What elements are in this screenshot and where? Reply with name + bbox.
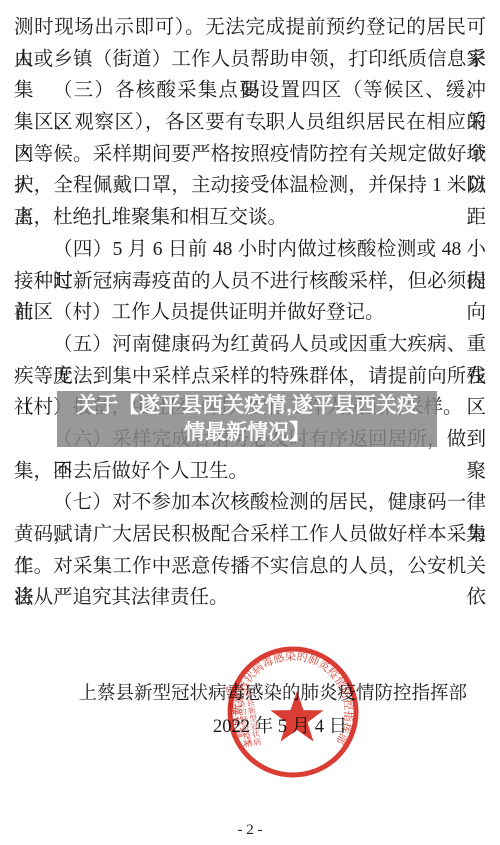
body-line: 疾等无法到集中采样点采样的特殊群体，请提前向所在社区: [14, 361, 486, 393]
body-line: 测时现场出示即可）。无法完成提前预约登记的居民可由家: [14, 12, 486, 44]
title-overlay: 关于【遂平县西关疫情,遂平县西关疫 情最新情况】: [57, 391, 437, 447]
body-line: （五）河南健康码为红黄码人员或因重大疾病、重度残: [14, 329, 486, 361]
body-line: 集区、观察区），各区要有专职人员组织居民在相应的区域: [14, 107, 486, 139]
body-line: 人或乡镇（街道）工作人员帮助申领，打印纸质信息采集码。: [14, 44, 486, 76]
body-line: 内等候。采样期间要严格按照疫情防控有关规定做好个人防: [14, 139, 486, 171]
body-line: 护，全程佩戴口罩，主动接受体温检测，并保持 1 米以上距: [14, 170, 486, 202]
body-text: 测时现场出示即可）。无法完成提前预约登记的居民可由家人或乡镇（街道）工作人员帮助…: [14, 12, 486, 614]
document-page: 测时现场出示即可）。无法完成提前预约登记的居民可由家人或乡镇（街道）工作人员帮助…: [0, 0, 500, 845]
page-number: - 2 -: [0, 822, 500, 839]
overlay-title-line2: 情最新情况】: [57, 419, 437, 446]
body-line: 黄码，请广大居民积极配合采样工作人员做好样本采集工: [14, 519, 486, 551]
overlay-title-line1: 关于【遂平县西关疫情,遂平县西关疫: [57, 392, 437, 419]
star-icon: [270, 691, 323, 742]
body-line: （三）各核酸采集点要设置四区（等候区、缓冲区、采: [14, 75, 486, 107]
body-line: （四）5 月 6 日前 48 小时内做过核酸检测或 48 小时内: [14, 234, 486, 266]
body-line: 作。对采集工作中恶意传播不实信息的人员，公安机关将依: [14, 551, 486, 583]
body-line: （七）对不参加本次核酸检测的居民，健康码一律赋为: [14, 487, 486, 519]
body-line: 接种过新冠病毒疫苗的人员不进行核酸采样，但必须提前向: [14, 266, 486, 298]
